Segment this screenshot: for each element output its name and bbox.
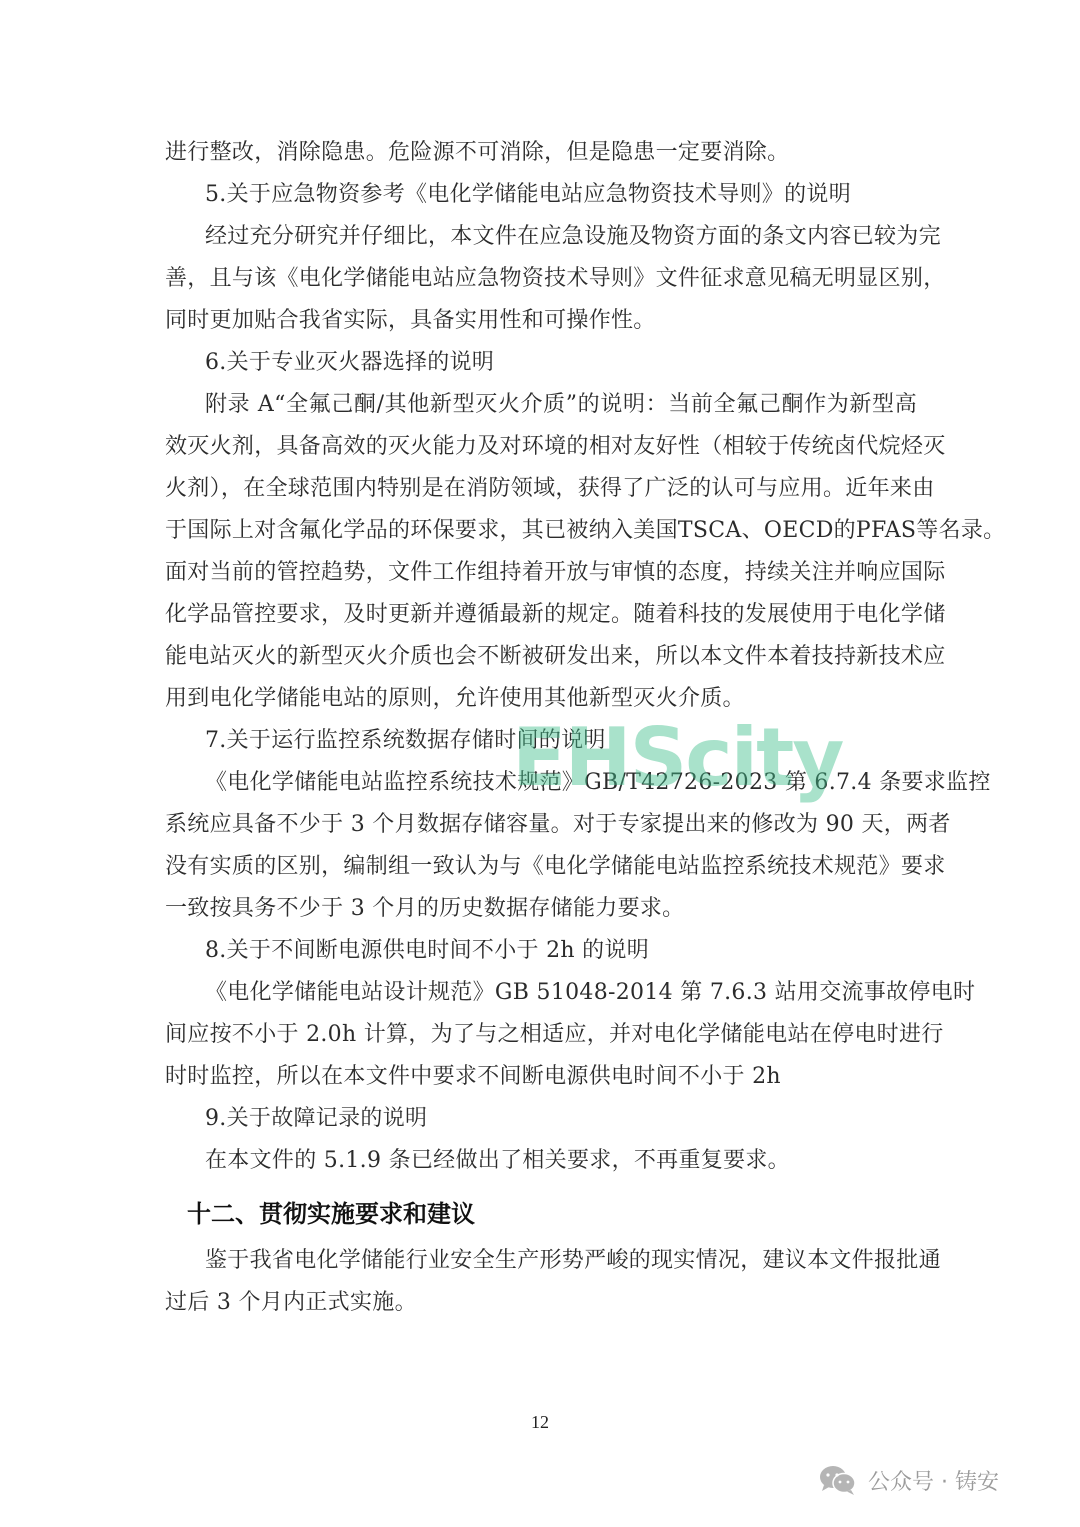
paragraph-line: 系统应具备不少于 3 个月数据存储容量。对于专家提出来的修改为 90 天，两者 <box>165 806 917 848</box>
paragraph-line: 鉴于我省电化学储能行业安全生产形势严峻的现实情况，建议本文件报批通 <box>165 1242 917 1284</box>
section-heading: 十二、贯彻实施要求和建议 <box>165 1186 917 1242</box>
paragraph-line: 经过充分研究并仔细比，本文件在应急设施及物资方面的条文内容已较为完 <box>165 218 917 260</box>
footer-account-label: 公众号 · 铸安 <box>868 1465 999 1496</box>
paragraph-line: 进行整改，消除隐患。危险源不可消除，但是隐患一定要消除。 <box>165 134 917 176</box>
paragraph-line: 能电站灭火的新型灭火介质也会不断被研发出来，所以本文件本着技持新技术应 <box>165 638 917 680</box>
paragraph-line: 用到电化学储能电站的原则，允许使用其他新型灭火介质。 <box>165 680 917 722</box>
paragraph-line: 附录 A“全氟己酮/其他新型灭火介质”的说明：当前全氟己酮作为新型高 <box>165 386 917 428</box>
paragraph-line: 间应按不小于 2.0h 计算，为了与之相适应，并对电化学储能电站在停电时进行 <box>165 1016 917 1058</box>
wechat-footer: 公众号 · 铸安 <box>818 1464 999 1496</box>
paragraph-line: 《电化学储能电站监控系统技术规范》GB/T42726-2023 第 6.7.4 … <box>165 764 917 806</box>
page-number: 12 <box>0 1412 1080 1433</box>
paragraph-line: 没有实质的区别，编制组一致认为与《电化学储能电站监控系统技术规范》要求 <box>165 848 917 890</box>
paragraph-line: 7.关于运行监控系统数据存储时间的说明 <box>165 722 917 764</box>
paragraph-line: 于国际上对含氟化学品的环保要求，其已被纳入美国TSCA、OECD的PFAS等名录… <box>165 512 917 554</box>
paragraph-line: 6.关于专业灭火器选择的说明 <box>165 344 917 386</box>
paragraph-line: 时时监控，所以在本文件中要求不间断电源供电时间不小于 2h <box>165 1058 917 1100</box>
paragraph-line: 过后 3 个月内正式实施。 <box>165 1284 917 1326</box>
wechat-icon <box>818 1464 858 1496</box>
paragraph-line: 化学品管控要求，及时更新并遵循最新的规定。随着科技的发展使用于电化学储 <box>165 596 917 638</box>
document-body: 进行整改，消除隐患。危险源不可消除，但是隐患一定要消除。5.关于应急物资参考《电… <box>165 134 917 1326</box>
paragraph-line: 《电化学储能电站设计规范》GB 51048-2014 第 7.6.3 站用交流事… <box>165 974 917 1016</box>
paragraph-line: 一致按具务不少于 3 个月的历史数据存储能力要求。 <box>165 890 917 932</box>
paragraph-line: 火剂），在全球范围内特别是在消防领域，获得了广泛的认可与应用。近年来由 <box>165 470 917 512</box>
paragraph-line: 9.关于故障记录的说明 <box>165 1100 917 1142</box>
paragraph-line: 8.关于不间断电源供电时间不小于 2h 的说明 <box>165 932 917 974</box>
paragraph-line: 面对当前的管控趋势，文件工作组持着开放与审慎的态度，持续关注并响应国际 <box>165 554 917 596</box>
paragraph-line: 5.关于应急物资参考《电化学储能电站应急物资技术导则》的说明 <box>165 176 917 218</box>
paragraph-line: 效灭火剂，具备高效的灭火能力及对环境的相对友好性（相较于传统卤代烷烃灭 <box>165 428 917 470</box>
paragraph-line: 在本文件的 5.1.9 条已经做出了相关要求，不再重复要求。 <box>165 1142 917 1184</box>
paragraph-line: 善，且与该《电化学储能电站应急物资技术导则》文件征求意见稿无明显区别， <box>165 260 917 302</box>
paragraph-line: 同时更加贴合我省实际，具备实用性和可操作性。 <box>165 302 917 344</box>
